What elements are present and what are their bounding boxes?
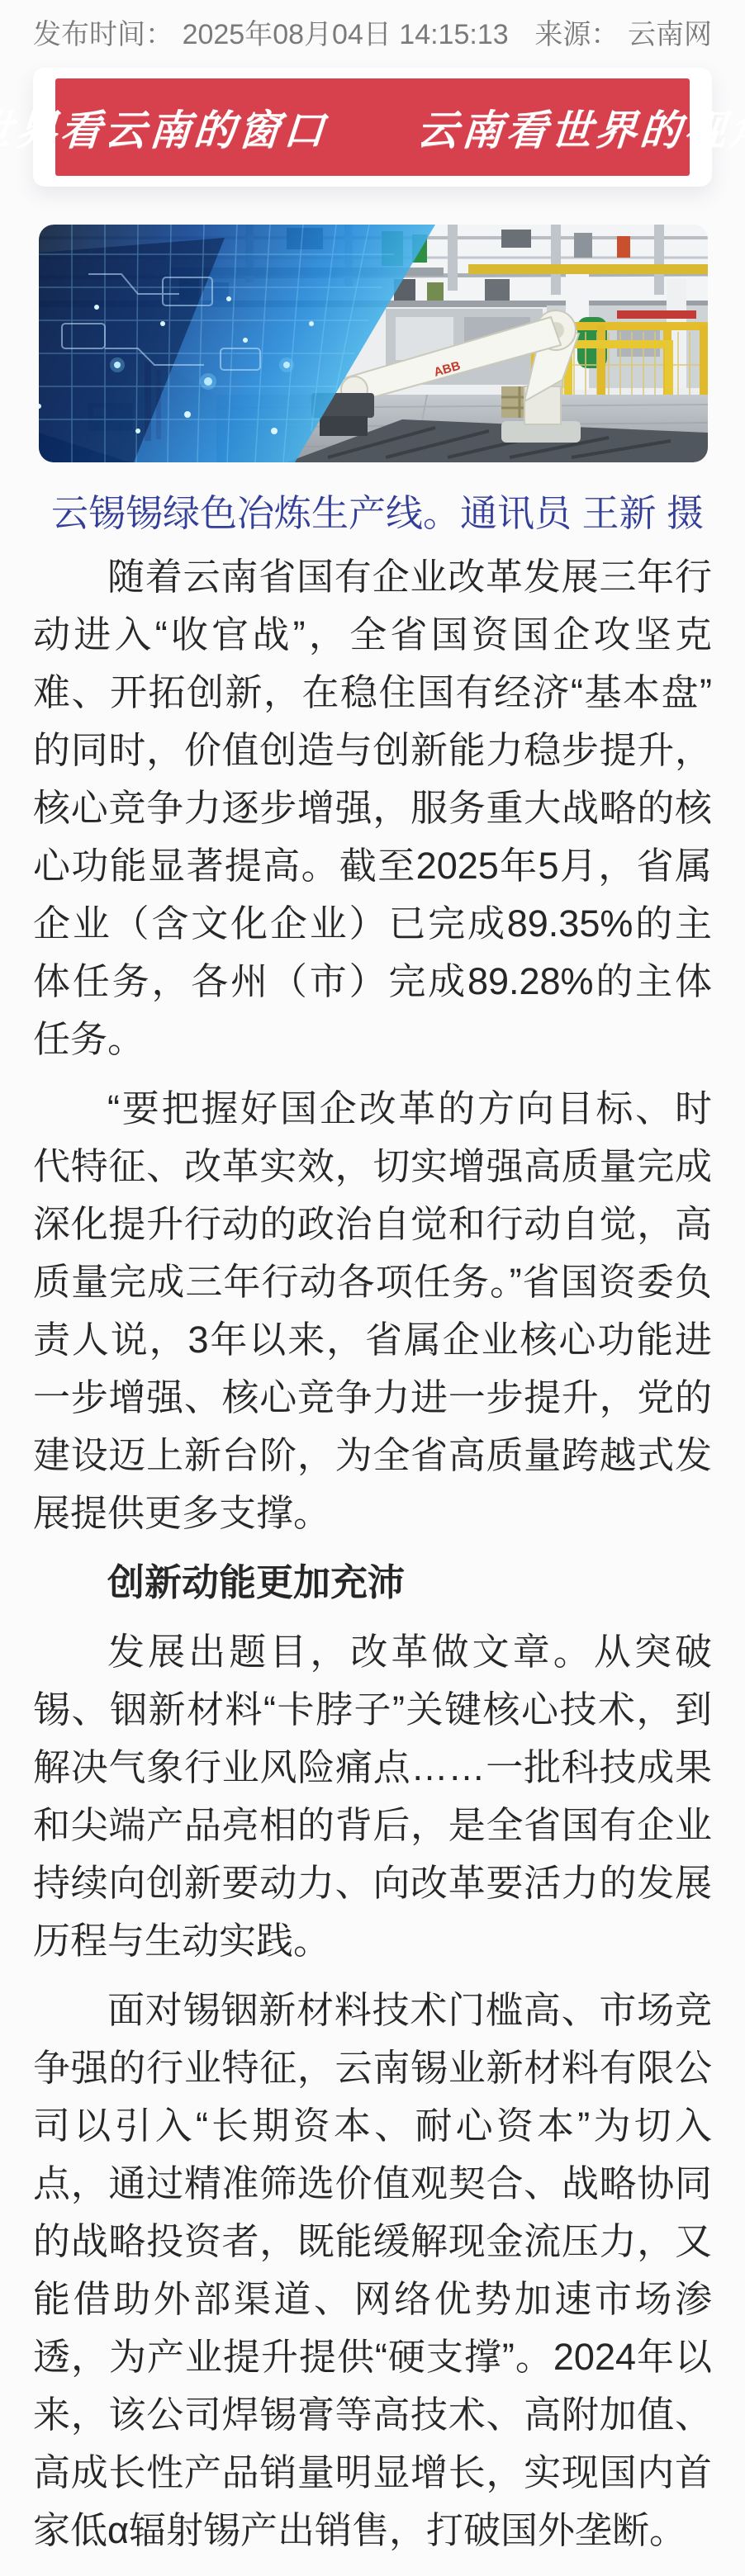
spacer bbox=[509, 17, 535, 53]
article-page: 发布时间： 2025年08月04日 14:15:13 来源： 云南网 世界看云南… bbox=[0, 0, 745, 2576]
source-label: 来源： bbox=[534, 17, 619, 53]
paragraph-3: 发展出题目，改革做文章。从突破锡、铟新材料“卡脖子”关键核心技术，到解决气象行业… bbox=[33, 1623, 712, 1970]
photo-caption: 云锡锡绿色冶炼生产线。通讯员 王新 摄 bbox=[33, 490, 712, 537]
spacer bbox=[619, 17, 628, 53]
spacer bbox=[173, 17, 183, 53]
banner-slogan: 世界看云南的窗口 云南看世界的视角 bbox=[0, 97, 745, 157]
publish-time-value: 2025年08月04日 14:15:13 bbox=[183, 17, 509, 53]
source-value: 云南网 bbox=[628, 17, 712, 53]
paragraph-1: 随着云南省国有企业改革发展三年行动进入“收官战”，全省国资国企攻坚克难、开拓创新… bbox=[33, 548, 712, 1068]
publish-time-label: 发布时间： bbox=[33, 17, 173, 53]
masthead-banner: 世界看云南的窗口 云南看世界的视角 bbox=[55, 78, 690, 176]
banner-card: 世界看云南的窗口 云南看世界的视角 bbox=[33, 68, 712, 187]
article-photo: ABB bbox=[39, 225, 708, 462]
section-heading: 创新动能更加充沛 bbox=[33, 1554, 712, 1612]
paragraph-2: “要把握好国企改革的方向目标、时代特征、改革实效，切实增强高质量完成深化提升行动… bbox=[33, 1080, 712, 1542]
factory-photo-illustration: ABB bbox=[39, 225, 708, 462]
article-body: 随着云南省国有企业改革发展三年行动进入“收官战”，全省国资国企攻坚克难、开拓创新… bbox=[0, 537, 745, 2559]
paragraph-4: 面对锡铟新材料技术门槛高、市场竞争强的行业特征，云南锡业新材料有限公司以引入“长… bbox=[33, 1982, 712, 2559]
meta-bar: 发布时间： 2025年08月04日 14:15:13 来源： 云南网 bbox=[0, 0, 745, 53]
